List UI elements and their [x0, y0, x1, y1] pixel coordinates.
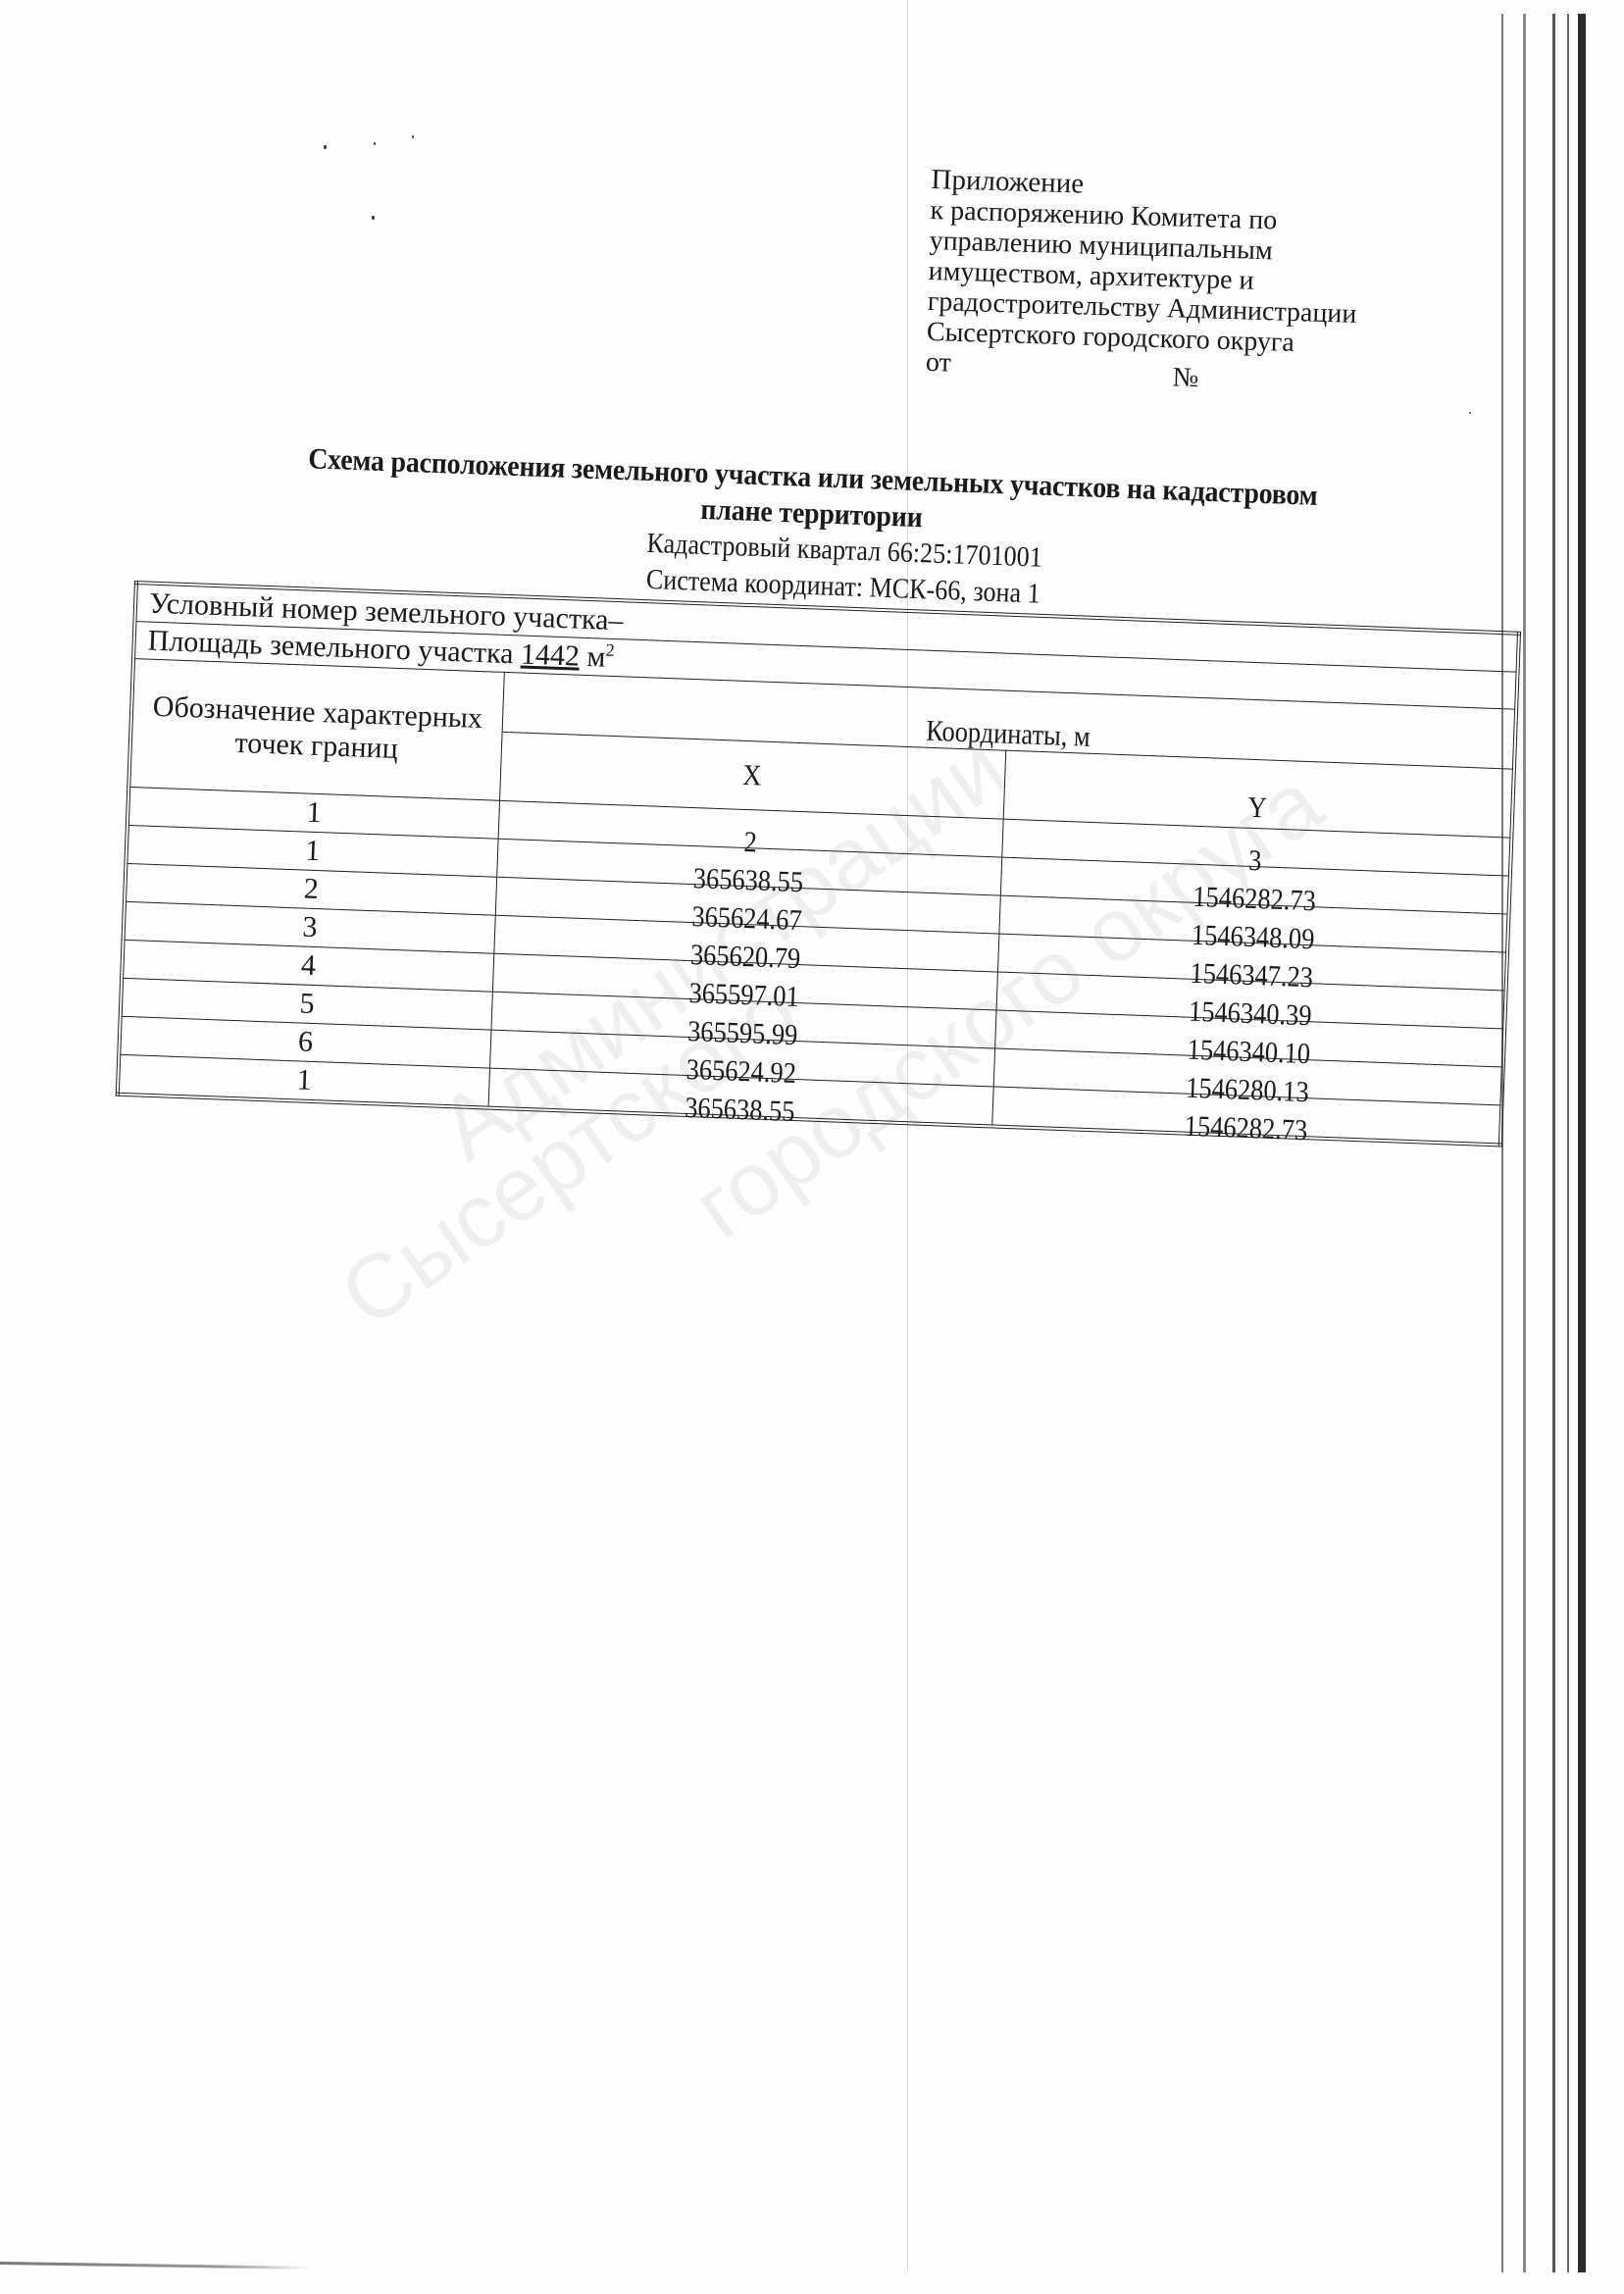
number-label: №: [1172, 362, 1199, 393]
scan-speck: [374, 142, 376, 145]
area-unit-sup: 2: [605, 639, 615, 659]
scan-artifact-line: [907, 0, 908, 2272]
scan-edge-line: [1567, 14, 1569, 2272]
scan-speck: [372, 216, 375, 220]
area-unit: м: [586, 639, 606, 673]
scan-speck: [324, 145, 327, 149]
date-label: от: [926, 347, 952, 379]
scan-edge-line: [1578, 14, 1586, 2272]
scan-edge-line: [1552, 14, 1555, 2272]
scan-speck: [1469, 412, 1471, 414]
coordinates-table: Условный номер земельного участка– Площа…: [116, 581, 1521, 1147]
scan-smudge: [0, 2262, 314, 2269]
coordinates-table-wrapper: Условный номер земельного участка– Площа…: [116, 581, 1517, 1147]
scan-edge-line: [1523, 14, 1526, 2272]
scan-speck: [412, 135, 414, 138]
appendix-block: Приложение к распоряжению Комитета по уп…: [926, 165, 1481, 394]
document-page: Администрации Сысертского городского окр…: [0, 0, 1624, 2294]
point-header: Обозначение характерных точек границ: [128, 659, 504, 801]
area-value: 1442: [520, 637, 580, 672]
